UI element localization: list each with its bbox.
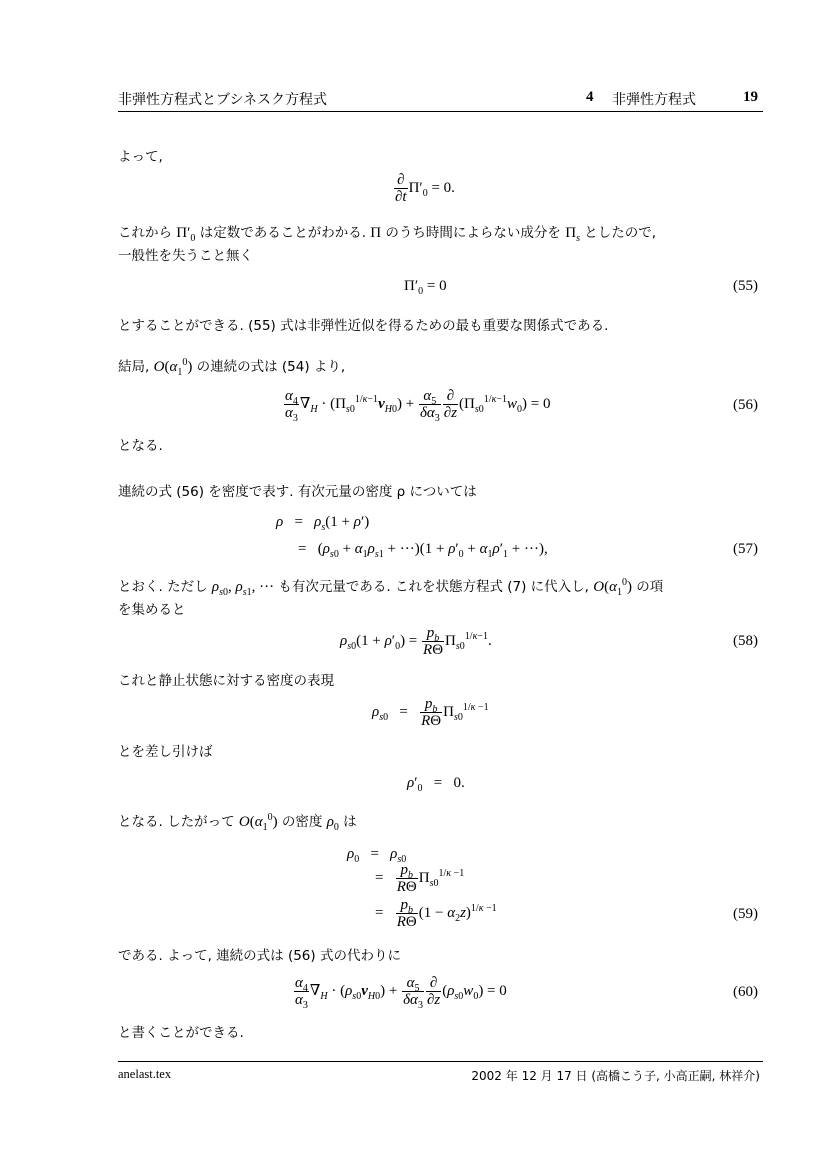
header-rule [118, 111, 763, 112]
paragraph-11: である. よって, 連続の式は (56) 式の代わりに [118, 944, 401, 964]
equation-number-57: (57) [733, 541, 758, 558]
paragraph-8: これと静止状態に対する密度の表現 [118, 669, 334, 689]
section-number: 4 [586, 89, 594, 106]
paragraph-4: 結局, O(α10) の連続の式は (54) より, [118, 355, 345, 376]
equation-57-line-1: ρ = ρs(1 + ρ′) [276, 514, 369, 531]
equation-57-line-2: = (ρs0 + α1ρs1 + ···)(1 + ρ′0 + α1ρ′1 + … [298, 541, 548, 558]
page-number: 19 [743, 89, 758, 106]
paragraph-2-line-2: 一般性を失うこと無く [118, 244, 253, 264]
equation-59-line-2: = pbRΘΠs01/κ −1 [375, 862, 464, 895]
equation-number-60: (60) [733, 984, 758, 1001]
paragraph-1: よって, [118, 145, 163, 165]
paragraph-7-line-1: とおく. ただし ρs0, ρs1, ··· も有次元量である. これを状態方程… [118, 575, 663, 596]
equation-55: Π′0 = 0 [404, 278, 447, 295]
paragraph-2-line-1: これから Π′0 は定数であることがわかる. Π のうち時間によらない成分を Π… [118, 221, 656, 242]
footer-date-authors: 2002 年 12 月 17 日 (高橋こう子, 小高正嗣, 林祥介) [471, 1067, 760, 1084]
equation-number-58: (58) [733, 633, 758, 650]
running-header-title: 非弾性方程式とブシネスク方程式 [118, 89, 327, 109]
paragraph-12: と書くことができる. [118, 1021, 244, 1041]
footer-filename: anelast.tex [118, 1067, 171, 1082]
equation-60: α4α3∇H · (ρs0vH0) + α5δα3∂∂z(ρs0w0) = 0 [293, 975, 507, 1008]
paragraph-7-line-2: を集めると [118, 598, 186, 618]
paragraph-5: となる. [118, 434, 163, 454]
equation-time-derivative: ∂∂tΠ′0 = 0. [393, 172, 455, 205]
equation-number-55: (55) [733, 278, 758, 295]
equation-number-59: (59) [733, 906, 758, 923]
paragraph-6: 連続の式 (56) を密度で表す. 有次元量の密度 ρ については [118, 480, 477, 500]
paragraph-9: とを差し引けば [118, 740, 213, 760]
paragraph-3: とすることができる. (55) 式は非弾性近似を得るための最も重要な関係式である… [118, 314, 608, 334]
paragraph-10: となる. したがって O(α10) の密度 ρ0 は [118, 810, 357, 831]
section-title: 非弾性方程式 [612, 89, 696, 109]
equation-rho0-prime: ρ′0 = 0. [407, 775, 465, 792]
equation-56: α4α3∇H · (Πs01/κ−1vH0) + α5δα3∂∂z(Πs01/κ… [283, 388, 551, 421]
equation-rho-s0: ρs0 = pbRΘΠs01/κ −1 [372, 696, 489, 729]
equation-59-line-1: ρ0 = ρs0 [347, 846, 406, 863]
footer-rule [118, 1061, 763, 1062]
equation-59-line-3: = pbRΘ(1 − α2z)1/κ −1 [375, 897, 497, 930]
equation-58: ρs0(1 + ρ′0) = pbRΘΠs01/κ−1. [340, 625, 492, 658]
equation-number-56: (56) [733, 397, 758, 414]
